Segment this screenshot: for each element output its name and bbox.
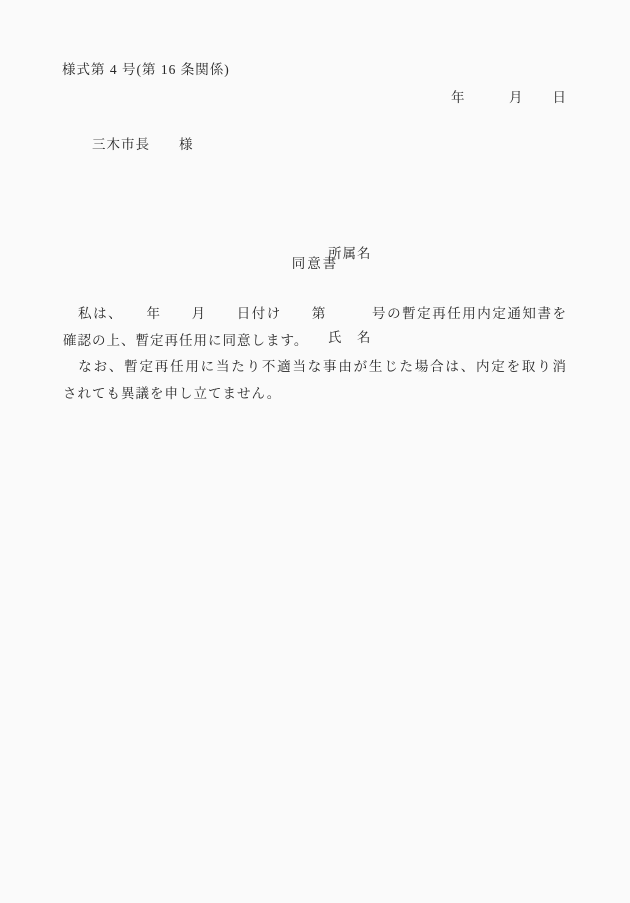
addressee: 三木市長 様 <box>92 137 194 153</box>
document-title: 同意書 <box>0 256 630 272</box>
body-text: 私は、 年 月 日付け 第 号の暫定再任用内定通知書を 確認の上、暫定再任用に同… <box>63 301 567 407</box>
form-number: 様式第 4 号(第 16 条関係) <box>62 62 230 78</box>
date-line: 年 月 日 <box>451 90 567 106</box>
body-line-1: 私は、 年 月 日付け 第 号の暫定再任用内定通知書を <box>63 301 567 328</box>
body-line-2: 確認の上、暫定再任用に同意します。 <box>63 328 567 355</box>
body-line-3: なお、暫定再任用に当たり不適当な事由が生じた場合は、内定を取り消 <box>63 354 567 381</box>
document-page: 様式第 4 号(第 16 条関係) 年 月 日 三木市長 様 所属名 氏 名 同… <box>0 0 630 903</box>
body-line-4: されても異議を申し立てません。 <box>63 381 567 408</box>
